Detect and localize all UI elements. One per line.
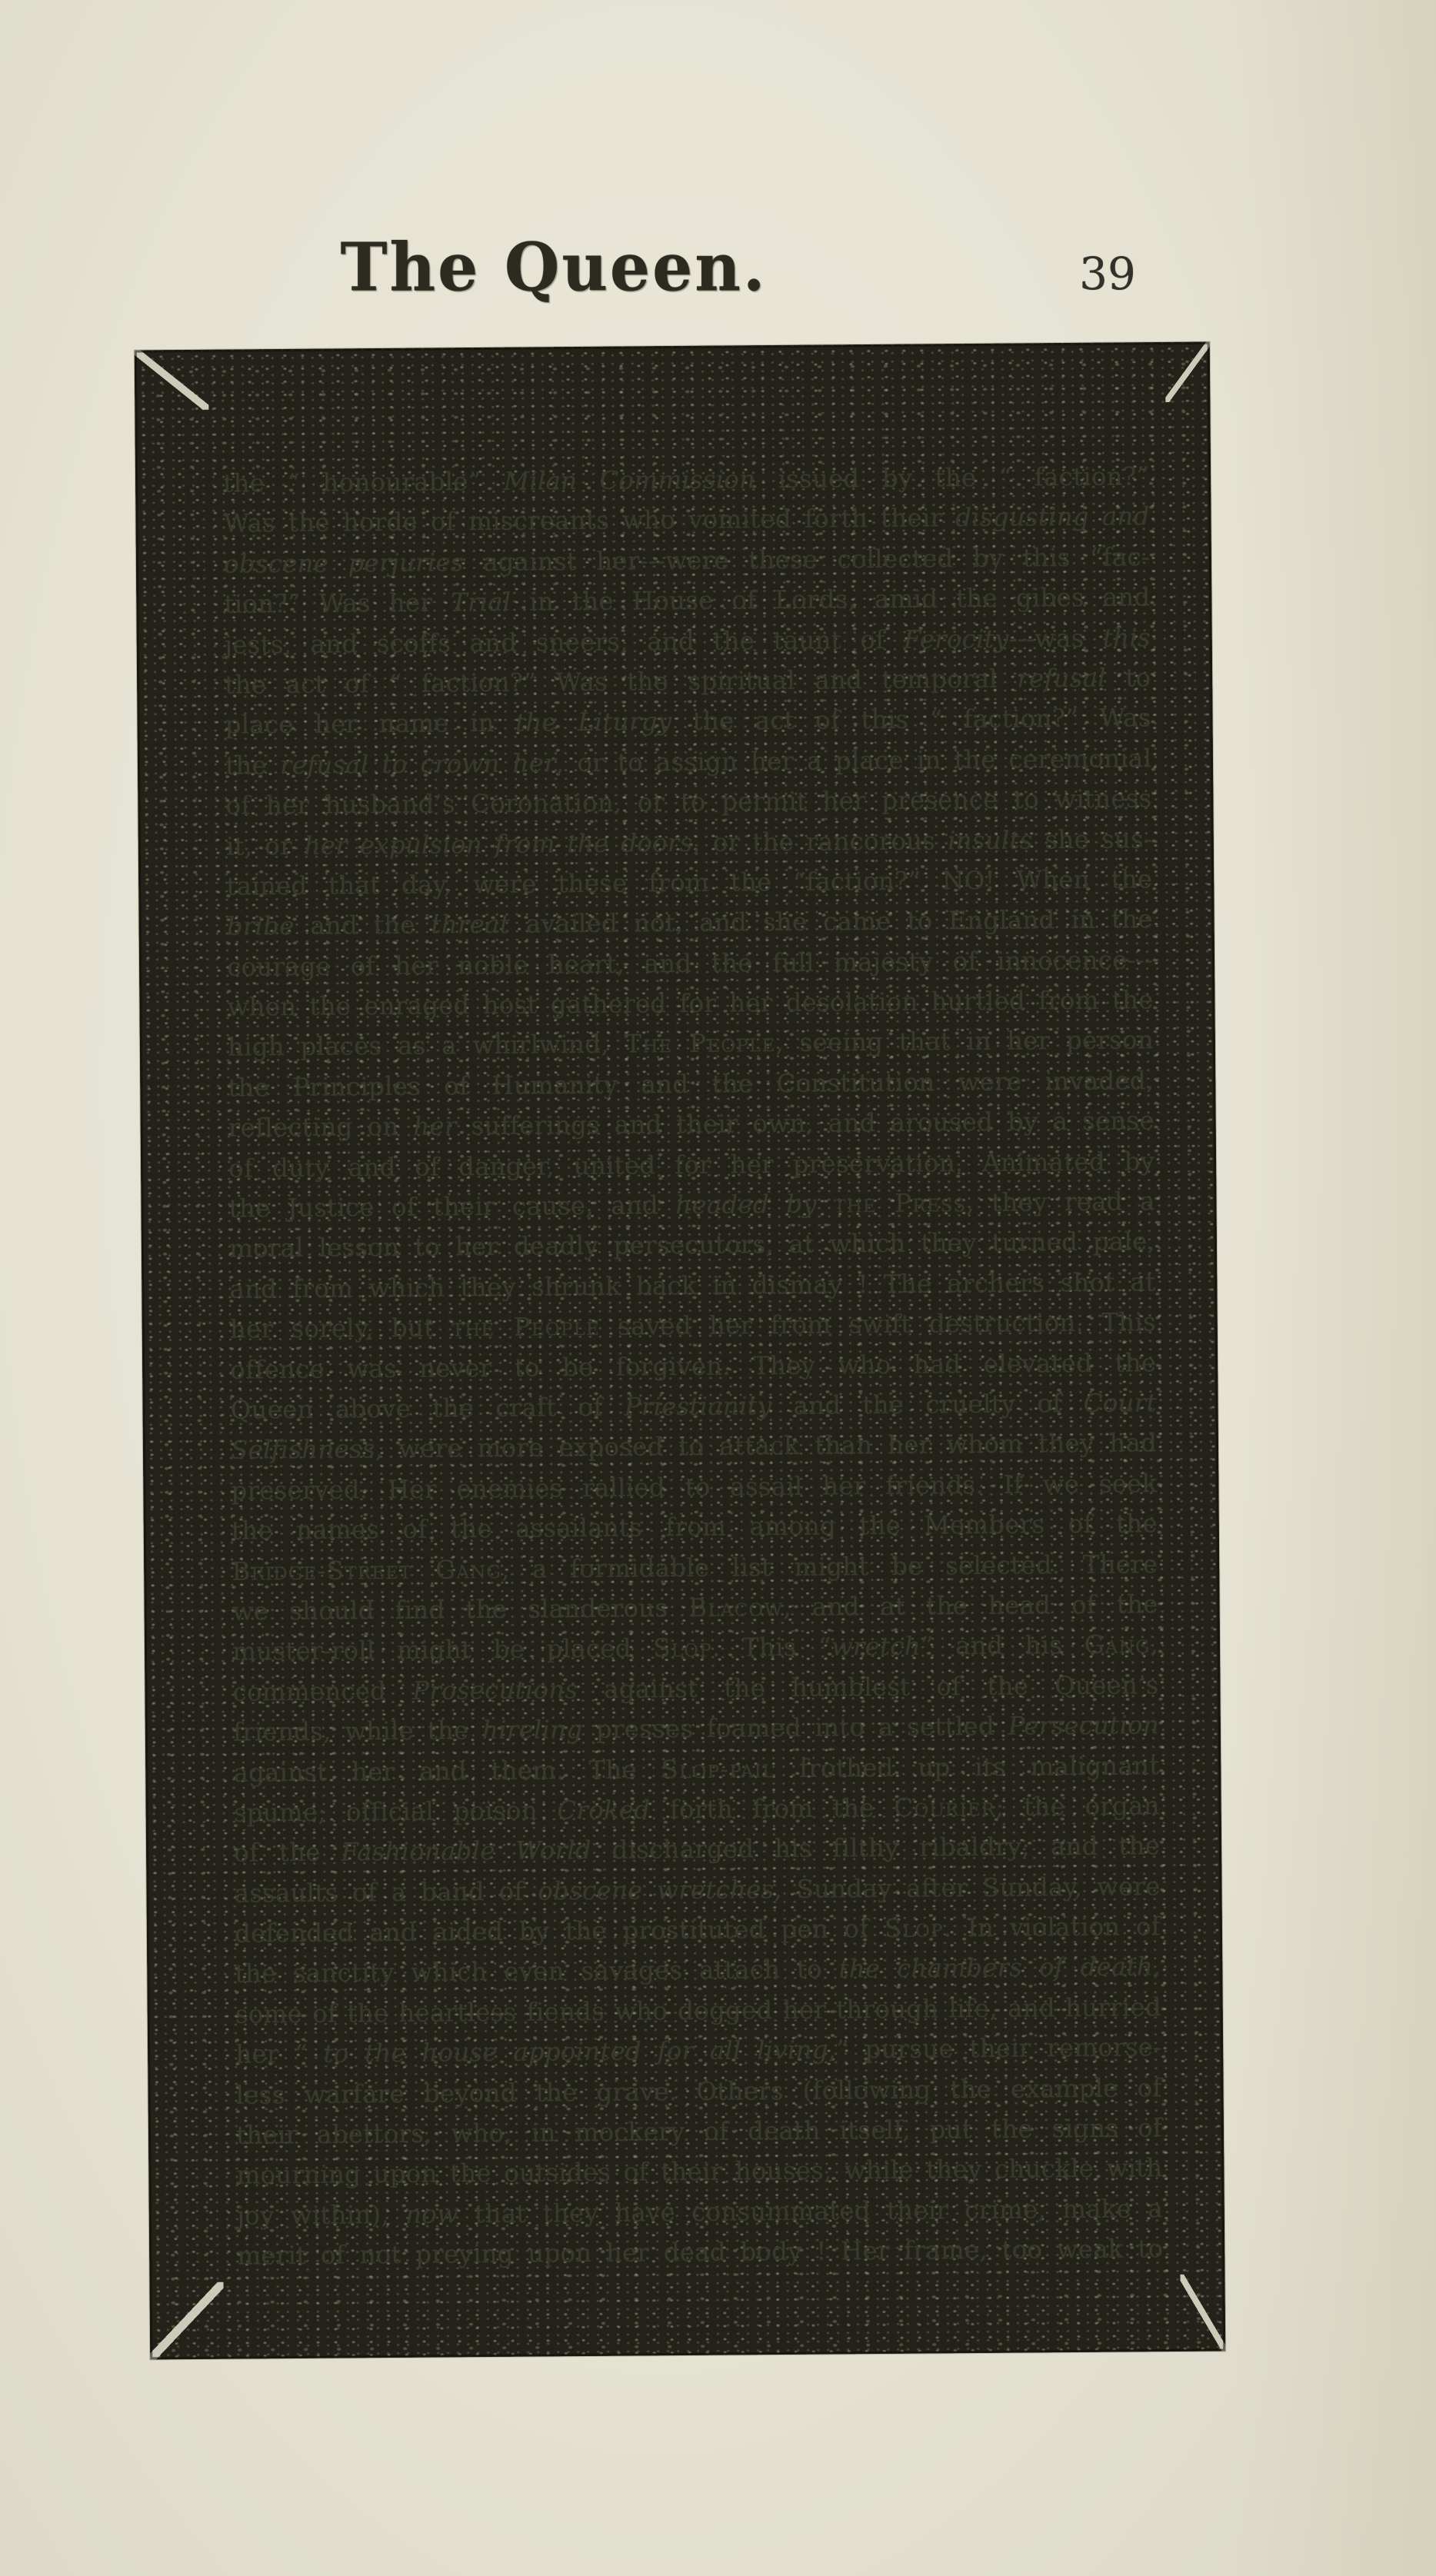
text-line: friends, while the hireling presses foam…	[233, 1705, 1159, 1752]
text-segment: Priestianity	[624, 1391, 771, 1422]
text-line: tained that day, were these from the “fa…	[226, 859, 1152, 907]
text-segment: high places as a whirlwind,	[228, 1030, 625, 1062]
text-line: her sorely, but the People saved her fro…	[230, 1302, 1156, 1350]
text-segment: disgusting and	[955, 502, 1150, 533]
text-line: some of the heartless fiends who dogged …	[235, 1987, 1161, 2035]
text-segment: against her---were these collected by th…	[463, 542, 1150, 577]
text-line: of her husband’s Coronation, or to permi…	[225, 778, 1151, 826]
text-segment: commenced	[232, 1676, 412, 1706]
text-segment: ” and his	[921, 1630, 1084, 1661]
text-line: the names of the assailants from among t…	[232, 1503, 1158, 1551]
text-segment: her “	[235, 2039, 323, 2069]
text-segment: we should find the slanderous	[232, 1593, 688, 1626]
text-segment: the Liturgy	[515, 707, 671, 737]
text-segment: against the humblest of the Queen’s	[578, 1670, 1159, 1704]
text-line: reflecting on her sufferings and their o…	[228, 1100, 1154, 1148]
text-segment: . In violation of	[943, 1912, 1161, 1942]
text-segment: reflecting on	[228, 1112, 414, 1143]
text-segment: bribe	[227, 911, 295, 941]
text-segment: the act of “ faction?” Was the spiritual…	[225, 664, 1017, 699]
text-segment: the	[225, 751, 280, 780]
text-line: of duty and of danger, united for her pr…	[228, 1141, 1154, 1189]
text-line: preserved. Her enemies rallied to assail…	[231, 1463, 1157, 1511]
text-segment: against her and them. The	[233, 1755, 661, 1787]
text-segment: Prosecutions	[412, 1675, 578, 1706]
text-segment: joy within),	[237, 2200, 405, 2231]
text-segment: frothed up its malignant	[775, 1751, 1159, 1783]
text-line: offence was never to be forgiven. They w…	[230, 1343, 1156, 1390]
text-segment: discharged his filthy ribaldry; and the	[591, 1831, 1161, 1865]
text-line: the Principles of Humanity and the Const…	[228, 1060, 1154, 1108]
text-segment: presses foamed into a settled	[582, 1712, 1008, 1744]
text-line: high places as a whirlwind, The People, …	[228, 1020, 1154, 1068]
text-line: Bridge-Street Gang, a formidable list mi…	[232, 1544, 1158, 1592]
text-segment: to the house appointed for all living	[323, 2035, 828, 2068]
text-line: courage of her noble heart, and the full…	[227, 940, 1153, 987]
text-segment: headed by	[675, 1190, 817, 1220]
text-line: moral lesson to her deadly persecutors, …	[229, 1222, 1155, 1270]
text-segment: their abettors, who, in mockery of death…	[236, 2113, 1162, 2149]
text-segment: , they read a	[966, 1186, 1155, 1217]
text-segment: muster-roll might be placed	[232, 1634, 653, 1666]
text-segment: defended and aided by the prostituted pe…	[235, 1914, 885, 1949]
text-segment: Fashionable World	[341, 1835, 591, 1867]
text-segment: hireling	[482, 1715, 583, 1745]
text-segment: refusal	[1017, 664, 1106, 694]
text-segment	[816, 1189, 834, 1218]
text-segment: this	[1103, 623, 1151, 652]
text-line: of the Fashionable World discharged his …	[234, 1825, 1160, 1873]
text-segment: availed not, and she came to England in …	[510, 904, 1153, 939]
text-line: their abettors, who, in mockery of death…	[236, 2108, 1162, 2155]
text-segment: . This “	[712, 1632, 831, 1662]
text-line: it, or her expulsion from the doors, or …	[226, 819, 1152, 867]
text-segment: less warfare beyond the grave. Others (f…	[235, 2073, 1161, 2109]
decorative-border-frame: the “ honourable” Milan Commission issue…	[135, 342, 1225, 2360]
text-segment: , were more exposed to attack than her w…	[375, 1429, 1158, 1464]
text-segment: wretch	[831, 1632, 921, 1662]
text-segment: sufferings and their own, and aroused by…	[456, 1106, 1154, 1140]
text-segment: Ferocity	[904, 624, 1009, 654]
text-segment: Slop	[885, 1913, 944, 1943]
text-segment: and the cruelty of	[771, 1389, 1084, 1420]
text-line: tion?” Was her Trial in the House of Lor…	[224, 577, 1150, 624]
text-segment: Blacow	[688, 1593, 783, 1622]
text-segment: forth from the	[650, 1793, 894, 1824]
text-segment: Was the horde of miscreants who vomited …	[223, 504, 955, 538]
text-line: the “ honourable” Milan Commission issue…	[223, 456, 1149, 504]
text-segment: Milan Commission	[504, 464, 756, 496]
text-line: the Justice of their cause, and headed b…	[228, 1181, 1154, 1229]
text-line: bribe and the threat availed not, and sh…	[226, 899, 1152, 947]
text-segment: the names of the assailants from among t…	[232, 1509, 1158, 1545]
text-segment: threat	[431, 910, 510, 940]
text-segment: Trial	[451, 587, 511, 617]
text-segment: Croked	[557, 1795, 650, 1825]
text-segment: the chambers of death	[838, 1952, 1153, 1984]
text-line: the sanctity which even savages attach t…	[235, 1947, 1161, 1995]
text-segment: offence was never to be forgiven. They w…	[230, 1348, 1156, 1384]
text-segment: Selfishness	[231, 1434, 375, 1464]
text-segment: place her name in	[225, 708, 515, 740]
text-segment: , a formidable list might be selected. T…	[501, 1549, 1158, 1584]
text-segment: tained that day, were these from the “fa…	[226, 864, 1152, 900]
text-segment: merit of not preying upon her dead body …	[237, 2234, 1163, 2270]
text-segment: Queen above the craft of	[230, 1393, 624, 1425]
text-segment: the sanctity which even savages attach t…	[235, 1955, 838, 1989]
text-segment: the People	[451, 1312, 600, 1343]
text-segment: spume; official poison	[234, 1796, 558, 1827]
page-number: 39	[1061, 248, 1154, 300]
text-segment: issued by the “ faction?”	[755, 461, 1149, 494]
text-line: Was the horde of miscreants who vomited …	[223, 497, 1149, 544]
text-segment: tion?” Was her	[224, 587, 451, 618]
text-line: mourning upon the outsides of their hous…	[236, 2148, 1162, 2196]
text-segment: Slop-pail	[661, 1754, 775, 1784]
text-segment: of duty and of danger, united for her pr…	[228, 1147, 1154, 1183]
text-line: and from which they shrunk back in disma…	[229, 1262, 1155, 1310]
text-segment: in the House of Lords, amid the gibes an…	[511, 582, 1150, 617]
text-segment: The People	[625, 1028, 775, 1059]
text-segment: ,	[1153, 1952, 1161, 1982]
text-segment: her sorely, but	[230, 1313, 452, 1344]
text-segment: it, or	[226, 830, 305, 860]
text-segment: , seeing that in her person	[775, 1026, 1154, 1058]
text-line: we should find the slanderous Blacow, an…	[232, 1584, 1158, 1632]
text-line: the refusal to crown her, or to assign h…	[225, 738, 1151, 786]
text-segment: preserved. Her enemies rallied to assail…	[231, 1469, 1157, 1505]
text-segment: obscene wretches	[538, 1875, 774, 1905]
text-segment: the act of this “ faction?” Was	[671, 704, 1151, 737]
text-segment: jests, and scoffs and sneers, and the ta…	[225, 624, 904, 659]
text-segment: when the enraged host gathered for her d…	[227, 985, 1153, 1021]
text-line: less warfare beyond the grave. Others (f…	[235, 2068, 1161, 2115]
text-line: merit of not preying upon her dead body …	[237, 2228, 1163, 2276]
text-segment: and the	[294, 910, 431, 940]
text-segment: ,” pursue their remorse-	[828, 2032, 1161, 2064]
text-segment: Bridge-Street Gang	[232, 1554, 501, 1586]
text-segment: ,	[1150, 1629, 1158, 1659]
framed-paper-area: the “ honourable” Milan Commission issue…	[208, 402, 1180, 2282]
text-line: defended and aided by the prostituted pe…	[235, 1906, 1161, 1954]
text-segment: some of the heartless fiends who dogged …	[235, 1992, 1161, 2029]
text-segment: insults	[948, 825, 1033, 855]
text-segment: ---was	[1008, 623, 1103, 653]
text-line: Queen above the craft of Priestianity an…	[230, 1383, 1156, 1430]
text-segment: she sus-	[1032, 824, 1152, 854]
text-segment: Persecution	[1008, 1710, 1159, 1741]
text-segment: , or the rancorous	[692, 826, 948, 857]
text-line: when the enraged host gathered for her d…	[227, 980, 1153, 1027]
text-segment: of her husband’s Coronation, or to permi…	[225, 784, 1151, 820]
text-line: jests, and scoffs and sneers, and the ta…	[225, 617, 1151, 665]
book-page-scan: The Queen. 39 the “ honourable” Milan Co…	[0, 0, 1436, 2576]
text-segment: the Principles of Humanity and the Const…	[228, 1066, 1154, 1102]
body-text: the “ honourable” Milan Commission issue…	[223, 456, 1163, 2276]
text-segment: of the	[234, 1838, 341, 1868]
text-line: spume; official poison Croked forth from…	[233, 1786, 1159, 1833]
text-segment: Courier	[894, 1792, 995, 1822]
text-segment: her	[413, 1112, 457, 1141]
text-segment: moral lesson to her deadly persecutors, …	[229, 1227, 1155, 1263]
text-line: Selfishness, were more exposed to attack…	[231, 1423, 1157, 1471]
text-segment: , or to assign her a place in the ceremo…	[556, 744, 1151, 777]
text-segment: her expulsion from the doors	[304, 827, 692, 860]
text-segment: refusal to crown her	[280, 748, 556, 780]
text-segment: , and at the head of the	[783, 1589, 1158, 1622]
text-line: muster-roll might be placed Slop. This “…	[232, 1624, 1158, 1672]
text-line: commenced Prosecutions against the humbl…	[232, 1665, 1158, 1712]
text-segment: assaults of a band of	[234, 1876, 538, 1908]
text-segment: to	[1106, 663, 1151, 692]
text-segment: that they have consummated their crime, …	[458, 2194, 1163, 2228]
text-segment: and from which they shrunk back in disma…	[229, 1267, 1155, 1303]
text-segment: Slop	[653, 1633, 712, 1663]
text-segment: saved her from swift destruction. This	[600, 1307, 1156, 1341]
text-line: against her and them. The Slop-pail frot…	[233, 1746, 1159, 1793]
text-line: the act of “ faction?” Was the spiritual…	[225, 657, 1151, 705]
text-segment: courage of her noble heart, and the full…	[227, 945, 1153, 981]
text-segment: , Sunday after Sunday, were	[774, 1872, 1161, 1904]
text-segment: friends, while the	[233, 1716, 482, 1747]
text-line: joy within), now that they have consumma…	[237, 2188, 1163, 2236]
running-title: The Queen.	[308, 229, 800, 307]
text-segment: mourning upon the outsides of their hous…	[236, 2154, 1162, 2190]
text-segment: Gang	[1084, 1630, 1150, 1660]
text-line: her “ to the house appointed for all liv…	[235, 2027, 1161, 2075]
text-segment: ; the organ	[995, 1791, 1160, 1822]
text-line: obscene perjuries against her---were the…	[224, 537, 1150, 584]
text-line: place her name in the Liturgy the act of…	[225, 698, 1151, 746]
text-segment: the Press	[834, 1188, 967, 1218]
text-segment: the Justice of their cause, and	[228, 1190, 675, 1223]
text-segment: now	[405, 2199, 458, 2229]
text-segment: obscene perjuries	[224, 547, 464, 578]
text-line: assaults of a band of obscene wretches, …	[234, 1866, 1160, 1914]
text-segment: Court	[1083, 1388, 1156, 1418]
text-segment: the “ honourable”	[223, 467, 504, 498]
